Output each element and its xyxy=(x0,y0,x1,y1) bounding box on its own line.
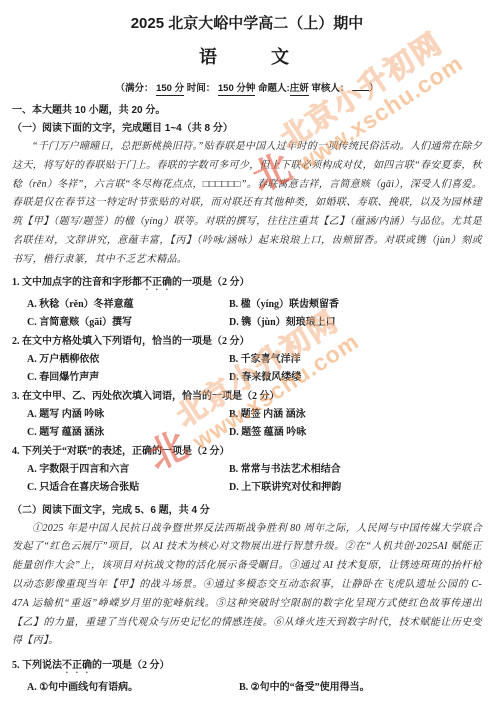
question-2-options: A. 万户栖柳依依B. 千家喜气洋洋 C. 春回爆竹声声D. 春来微风缕缕 xyxy=(12,353,482,384)
question-5: 5. 下列说法不正确的一项是（2 分） A. ①句中画线句有语病。B. ②句中的… xyxy=(12,659,482,694)
option-d: D. 春来微风缕缕 xyxy=(229,371,482,384)
info-mid3: 审核人： xyxy=(309,83,352,94)
option-a: A. 字数限于四言和六言 xyxy=(27,463,229,476)
question-1: 1. 文中加点字的注音和字形都不正确的一项是（2 分） A. 秋稔（rěn）冬祥… xyxy=(12,276,482,329)
question-2: 2. 在文中方格处填入下列语句，恰当的一项是（2 分） A. 万户栖柳依依B. … xyxy=(12,335,482,384)
question-5-stem: 5. 下列说法不正确的一项是（2 分） xyxy=(12,659,482,676)
exam-title: 2025 北京大峪中学高二（上）期中 xyxy=(12,14,482,34)
question-1-stem: 1. 文中加点字的注音和字形都不正确的一项是（2 分） xyxy=(12,276,482,293)
info-mid2: 命题人: xyxy=(255,83,289,94)
total-score-value: 150 分 xyxy=(156,83,184,96)
part-1-heading: （一）阅读下面的文字，完成题目 1~4（共 8 分） xyxy=(12,122,482,135)
option-c: C. 言简意赅（gāi）撰写 xyxy=(27,316,229,329)
option-b: B. 楹（yíng）联齿颊留香 xyxy=(229,298,482,311)
question-4-options: A. 字数限于四言和六言B. 常常与书法艺术相结合 C. 只适合在喜庆场合张贴D… xyxy=(12,463,482,494)
option-b: B. 题签 内涵 涵泳 xyxy=(229,408,482,421)
question-5-options: A. ①句中画线句有语病。B. ②句中的“备受”使用得当。 xyxy=(12,681,482,694)
info-prefix: （满分： xyxy=(115,83,156,94)
question-3-stem: 3. 在文中甲、乙、丙处依次填入词语，恰当的一项是（2 分） xyxy=(12,390,482,403)
examiner-name: 庄妍 xyxy=(290,83,309,96)
question-1-stem-post: 的一项是（2 分） xyxy=(172,277,250,288)
part-2-heading: （二）阅读下面文字，完成 5、6 题，共 4 分 xyxy=(12,504,482,517)
option-c: C. 题写 蕴涵 涵泳 xyxy=(27,426,229,439)
option-d: D. 上下联讲究对仗和押韵 xyxy=(229,481,482,494)
option-a: A. 题写 内涵 吟咏 xyxy=(27,408,229,421)
exam-paper-page: 2025 北京大峪中学高二（上）期中 语 文 （满分： 150 分 时间： 15… xyxy=(0,0,494,709)
option-c: C. 只适合在喜庆场合张贴 xyxy=(27,481,229,494)
question-5-stem-pre: 5. 下列说法 xyxy=(12,660,62,671)
passage-2: ①2025 年是中国人民抗日战争暨世界反法西斯战争胜利 80 周年之际，人民网与… xyxy=(12,520,482,652)
question-3-options: A. 题写 内涵 吟咏B. 题签 内涵 涵泳 C. 题写 蕴涵 涵泳D. 题签 … xyxy=(12,408,482,439)
question-5-stem-emphasis: 不正确 xyxy=(62,660,92,671)
question-1-stem-pre: 1. 文中加点字的注音和字形都 xyxy=(12,277,142,288)
option-c: C. 春回爆竹声声 xyxy=(27,371,229,384)
question-4-stem: 4. 下列关于“对联”的表述，正确的一项是（2 分） xyxy=(12,445,482,458)
section-1-heading: 一、本大题共 10 小题，共 20 分。 xyxy=(12,104,482,117)
exam-info-line: （满分： 150 分 时间： 150 分钟 命题人:庄妍 审核人： ） xyxy=(12,81,482,95)
option-b: B. 常常与书法艺术相结合 xyxy=(229,463,482,476)
option-d: D. 题签 蕴涵 吟咏 xyxy=(229,426,482,439)
duration-value: 150 分钟 xyxy=(218,83,256,96)
option-a: A. ①句中画线句有语病。 xyxy=(27,681,239,694)
option-a: A. 万户栖柳依依 xyxy=(27,353,229,366)
question-1-options: A. 秋稔（rěn）冬祥意蕴B. 楹（yíng）联齿颊留香 C. 言简意赅（gā… xyxy=(12,298,482,329)
question-2-stem: 2. 在文中方格处填入下列语句，恰当的一项是（2 分） xyxy=(12,335,482,348)
option-b: B. ②句中的“备受”使用得当。 xyxy=(239,681,482,694)
option-b: B. 千家喜气洋洋 xyxy=(229,353,482,366)
info-mid1: 时间： xyxy=(184,83,218,94)
reviewer-blank-line xyxy=(352,81,369,91)
question-1-stem-emphasis: 不正确 xyxy=(142,277,172,288)
question-4: 4. 下列关于“对联”的表述，正确的一项是（2 分） A. 字数限于四言和六言B… xyxy=(12,445,482,494)
option-a: A. 秋稔（rěn）冬祥意蕴 xyxy=(27,298,229,311)
subject-title: 语 文 xyxy=(12,46,482,68)
question-3: 3. 在文中甲、乙、丙处依次填入词语，恰当的一项是（2 分） A. 题写 内涵 … xyxy=(12,390,482,439)
passage-1: “千门万户曈曈日，总把新桃换旧符。”贴春联是中国人过年时的一项传统民俗活动。人们… xyxy=(12,138,482,270)
option-d: D. 镌（jùn）刻琅琅上口 xyxy=(229,316,482,329)
question-5-stem-post: 的一项是（2 分） xyxy=(92,660,170,671)
info-suffix: ） xyxy=(369,83,379,94)
